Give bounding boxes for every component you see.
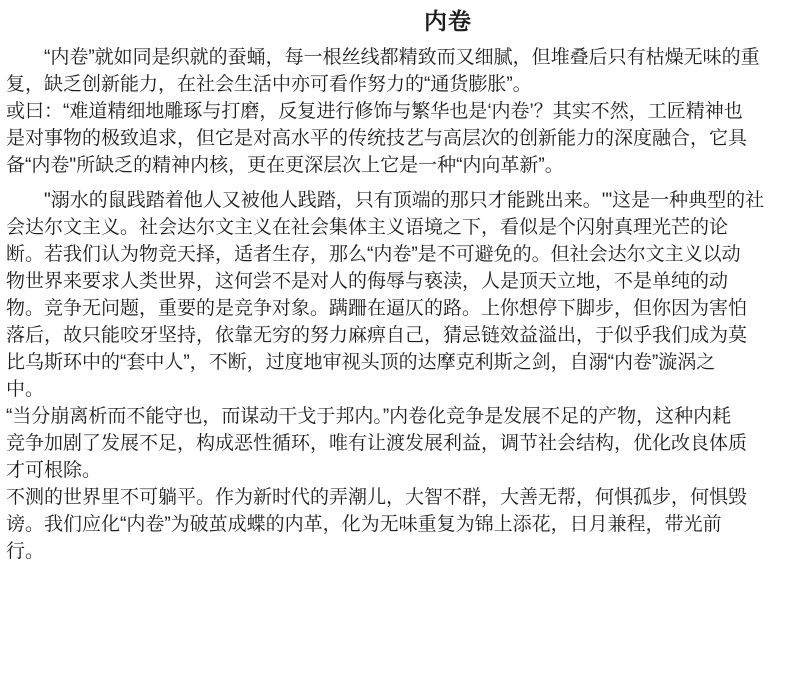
text-line: 断。若我们认为物竞天择，适者生存，那么“内卷”是不可避免的。但社会达尔文主义以动 <box>6 241 791 268</box>
document-body: “内卷”就如同是织就的蚕蛹，每一根丝线都精致而又细腻，但堆叠后只有枯燥无味的重 … <box>0 44 799 565</box>
text-line: 谤。我们应化“内卷”为破茧成蝶的内革，化为无味重复为锦上添花，日月兼程，带光前 <box>6 511 791 538</box>
text-line: "溺水的鼠践踏着他人又被他人践踏，只有顶端的那只才能跳出来。'"这是一种典型的社 <box>6 187 791 214</box>
paragraph-5: 不测的世界里不可躺平。作为新时代的弄潮儿，大智不群，大善无帮，何惧孤步，何惧毁 … <box>6 484 791 565</box>
text-line: 复，缺乏创新能力，在社会生活中亦可看作努力的“通货膨胀”。 <box>6 71 791 98</box>
text-line: 行。 <box>6 538 791 565</box>
paragraph-4: “当分崩离析而不能守也，而谋动干戈于邦内。”内卷化竞争是发展不足的产物，这种内耗… <box>6 403 791 484</box>
text-line: 才可根除。 <box>6 457 791 484</box>
text-line: 物。竞争无问题，重要的是竞争对象。蹒跚在逼仄的路。上你想停下脚步，但你因为害怕 <box>6 295 791 322</box>
text-line: “内卷”就如同是织就的蚕蛹，每一根丝线都精致而又细腻，但堆叠后只有枯燥无味的重 <box>6 44 791 71</box>
text-line: 会达尔文主义。社会达尔文主义在社会集体主义语境之下，看似是个闪射真理光芒的论 <box>6 214 791 241</box>
text-line: 落后，故只能咬牙坚持，依靠无穷的努力麻痹自己，猜忌链效益溢出，于似乎我们成为莫 <box>6 322 791 349</box>
text-line: 竞争加剧了发展不足，构成恶性循环，唯有让渡发展利益，调节社会结构，优化改良体质 <box>6 430 791 457</box>
text-line: 不测的世界里不可躺平。作为新时代的弄潮儿，大智不群，大善无帮，何惧孤步，何惧毁 <box>6 484 791 511</box>
text-line: 物世界来要求人类世界，这何尝不是对人的侮辱与亵渎，人是顶天立地，不是单纯的动 <box>6 268 791 295</box>
text-line: 是对事物的极致追求，但它是对高水平的传统技艺与高层次的创新能力的深度融合，它具 <box>6 125 791 152</box>
text-line: 中。 <box>6 376 791 403</box>
document-page: 内卷 “内卷”就如同是织就的蚕蛹，每一根丝线都精致而又细腻，但堆叠后只有枯燥无味… <box>0 0 799 689</box>
text-line: 或曰：“难道精细地雕琢与打磨，反复进行修饰与繁华也是‘内卷’？其实不然，工匠精神… <box>6 98 791 125</box>
text-line: 备“内卷"所缺乏的精神内核，更在更深层次上它是一种“内向革新”。 <box>6 152 791 179</box>
paragraph-2: 或曰：“难道精细地雕琢与打磨，反复进行修饰与繁华也是‘内卷’？其实不然，工匠精神… <box>6 98 791 179</box>
document-title: 内卷 <box>0 6 799 36</box>
text-line: “当分崩离析而不能守也，而谋动干戈于邦内。”内卷化竞争是发展不足的产物，这种内耗 <box>6 403 791 430</box>
text-line: 比乌斯环中的“套中人”，不断，过度地审视头顶的达摩克利斯之剑，自溺“内卷”漩涡之 <box>6 349 791 376</box>
paragraph-1: “内卷”就如同是织就的蚕蛹，每一根丝线都精致而又细腻，但堆叠后只有枯燥无味的重 … <box>6 44 791 98</box>
paragraph-3: "溺水的鼠践踏着他人又被他人践踏，只有顶端的那只才能跳出来。'"这是一种典型的社… <box>6 187 791 403</box>
